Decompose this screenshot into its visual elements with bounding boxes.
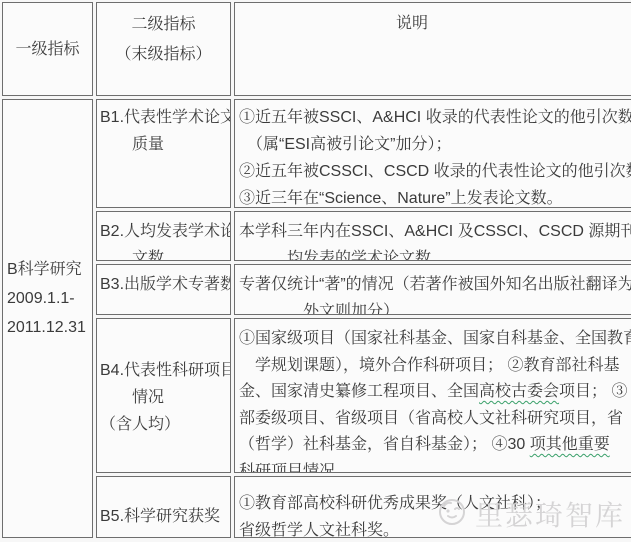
description-text: 均发表的学术论文数。 — [239, 245, 447, 261]
header-label: 说明 — [396, 10, 428, 37]
description-text: 省级哲学人文社科奖。 — [239, 517, 399, 538]
indicator-text: 情况 — [100, 384, 164, 411]
description-text: （属“ESI高被引论文”加分）； — [239, 131, 451, 158]
description-text: 科研项目情况。 — [239, 459, 351, 474]
indicator-text: （含人均） — [100, 411, 180, 438]
indicator-cell-b5: B5.科学研究获奖 — [96, 476, 231, 538]
indicator-cell-b4: B4.代表性科研项目 情况 （含人均） — [96, 318, 231, 473]
description-text: ③近三年在“Science、Nature”上发表论文数。 — [239, 185, 563, 208]
description-cell-b5: ①教育部高校科研优秀成果奖（人文社科）； 省级哲学人文社科奖。 — [234, 476, 631, 538]
group-period-start: 2009.1.1- — [7, 284, 75, 313]
indicator-text: 质量 — [100, 131, 164, 158]
indicator-text: 文数 — [100, 245, 164, 261]
header-second-level-indicator: 二级指标 （末级指标） — [96, 2, 231, 96]
header-first-level-indicator: 一级指标 — [2, 2, 93, 96]
description-cell-b2: 本学科三年内在SSCI、A&HCI 及CSSCI、CSCD 源期刊上人 均发表的… — [234, 211, 631, 261]
indicator-text: B4.代表性科研项目 — [100, 357, 231, 384]
description-text: 部委级项目、省级项目（省高校人文社科研究项目，省 — [239, 406, 623, 433]
group-name: B科学研究 — [7, 255, 82, 284]
description-text: 金、国家清史纂修工程项目、全国高校古委会项目； ③ — [239, 379, 627, 406]
indicator-table: 一级指标 二级指标 （末级指标） 说明 B科学研究 2009.1.1- 2011… — [0, 0, 631, 540]
group-cell-b-scientific-research: B科学研究 2009.1.1- 2011.12.31 — [2, 99, 93, 538]
header-label: 一级指标 — [15, 36, 79, 63]
header-description: 说明 — [234, 2, 631, 96]
description-text: （哲学）社科基金，省自科基金）； ④30 项其他重要 — [239, 432, 610, 459]
group-period-end: 2011.12.31 — [7, 313, 86, 342]
description-text: 本学科三年内在SSCI、A&HCI 及CSSCI、CSCD 源期刊上人 — [239, 218, 631, 245]
indicator-text: B1.代表性学术论文 — [100, 104, 231, 131]
indicator-cell-b2: B2.人均发表学术论 文数 — [96, 211, 231, 261]
indicator-text: B2.人均发表学术论 — [100, 218, 231, 245]
description-cell-b1: ①近五年被SSCI、A&HCI 收录的代表性论文的他引次数和 （属“ESI高被引… — [234, 99, 631, 208]
description-cell-b4: ①国家级项目（国家社科基金、国家自科基金、全国教育科 学规划课题），境外合作科研… — [234, 318, 631, 473]
indicator-cell-b3: B3.出版学术专著数 — [96, 264, 231, 315]
indicator-text: B5.科学研究获奖 — [100, 503, 220, 530]
header-label: 二级指标 — [131, 10, 195, 40]
description-text: ①教育部高校科研优秀成果奖（人文社科）； — [239, 490, 551, 517]
indicator-text: B3.出版学术专著数 — [100, 271, 231, 298]
description-text: ②近五年被CSSCI、CSCD 收录的代表性论文的他引次数和 — [239, 158, 631, 185]
description-cell-b3: 专著仅统计“著”的情况（若著作被国外知名出版社翻译为 外文则加分） — [234, 264, 631, 315]
description-text: ①近五年被SSCI、A&HCI 收录的代表性论文的他引次数和 — [239, 104, 631, 131]
indicator-cell-b1: B1.代表性学术论文 质量 — [96, 99, 231, 208]
description-text: 专著仅统计“著”的情况（若著作被国外知名出版社翻译为 — [239, 271, 631, 298]
description-text: ①国家级项目（国家社科基金、国家自科基金、全国教育科 — [239, 326, 631, 353]
description-text: 学规划课题），境外合作科研项目； ②教育部社科基 — [239, 353, 619, 380]
description-text: 外文则加分） — [239, 298, 399, 315]
header-sublabel: （末级指标） — [115, 40, 211, 70]
